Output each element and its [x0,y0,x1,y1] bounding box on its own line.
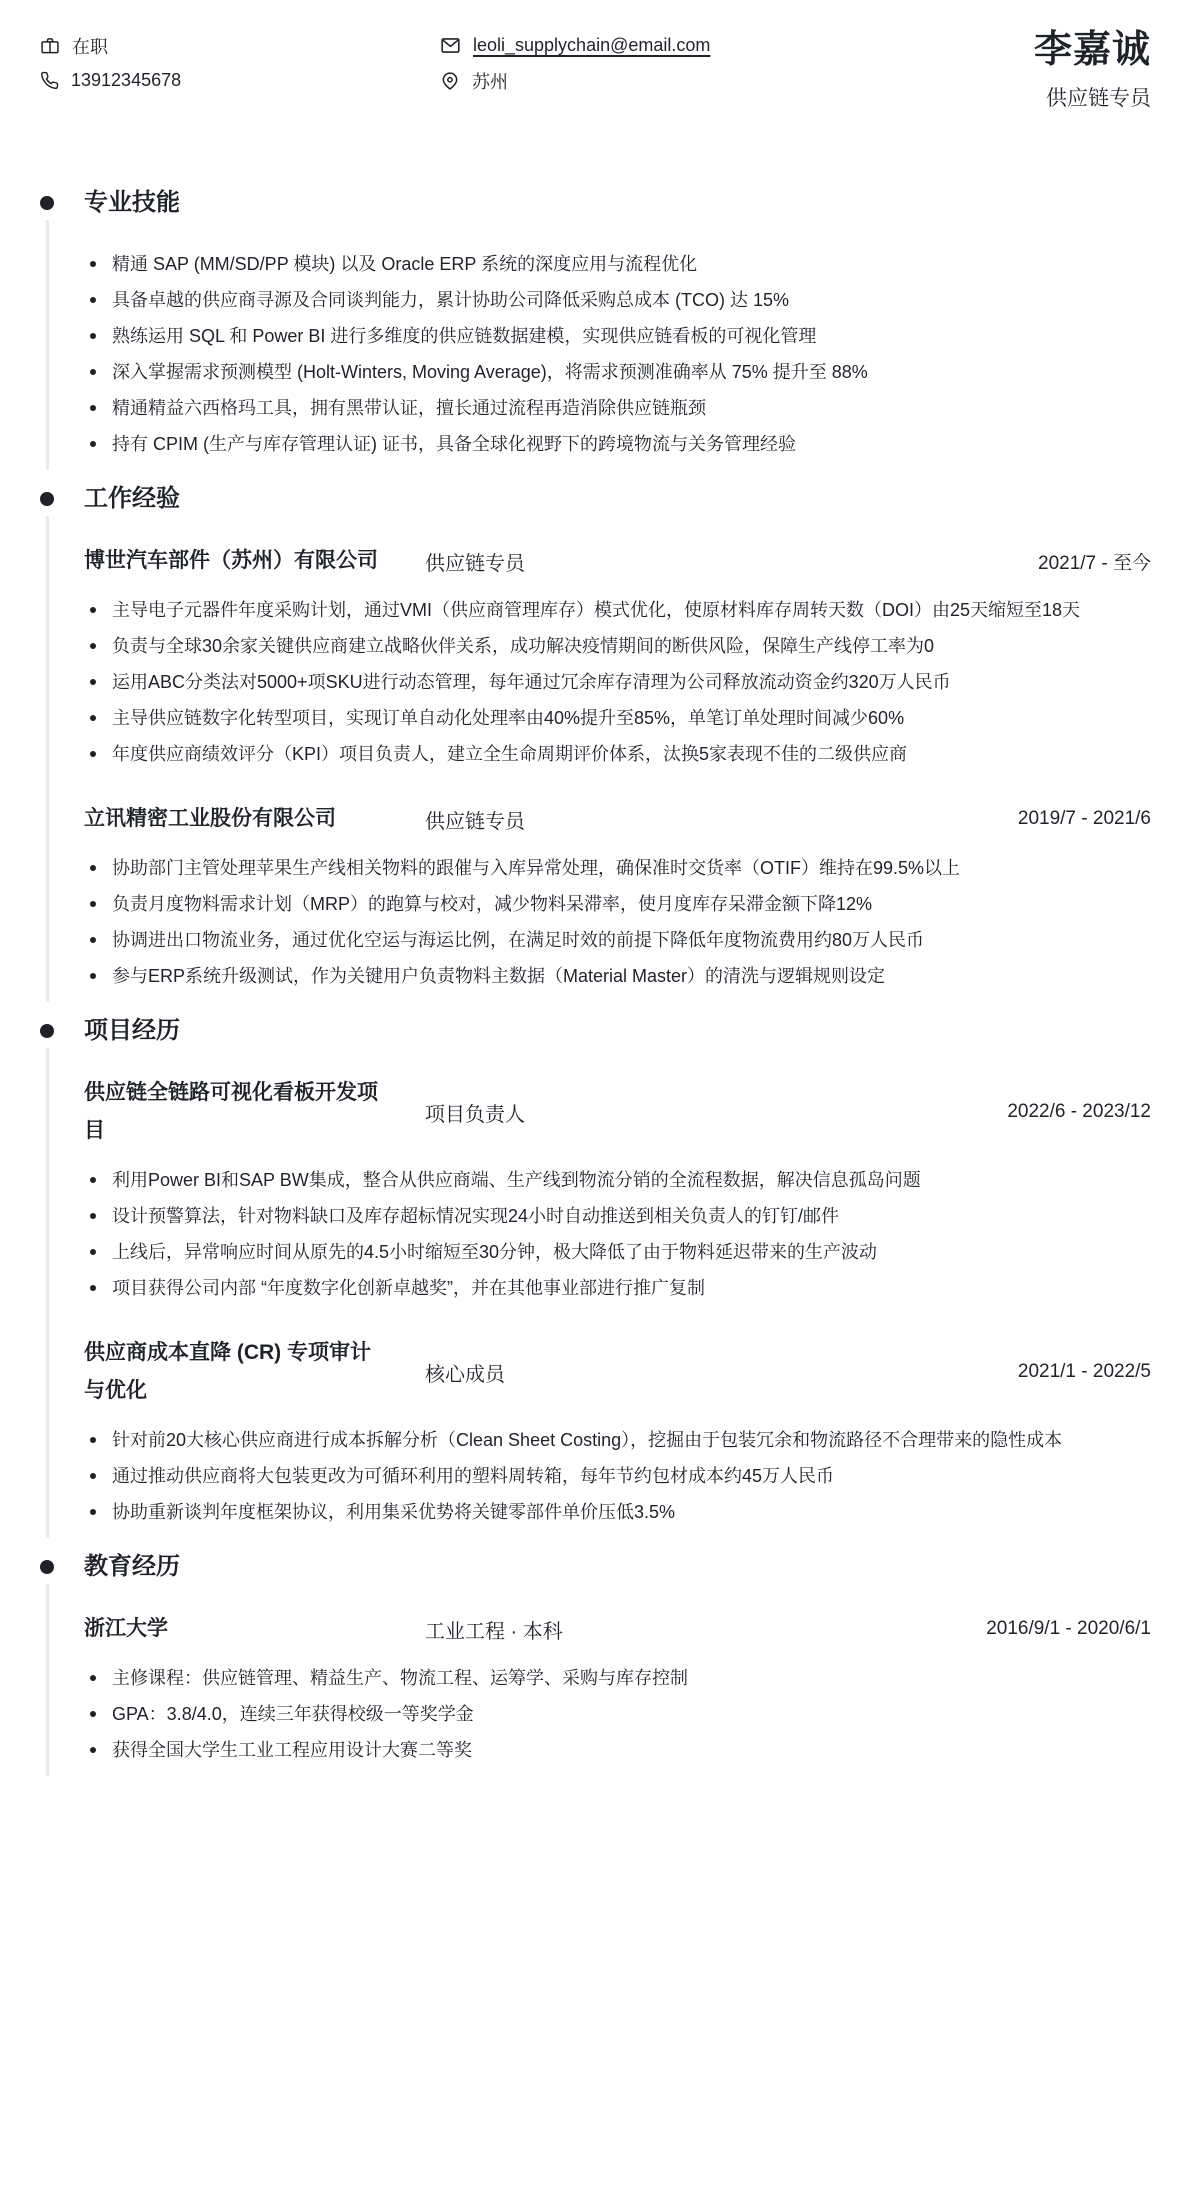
timeline-line [46,1584,49,1776]
resume-sections: 专业技能精通 SAP (MM/SD/PP 模块) 以及 Oracle ERP 系… [40,188,1151,1768]
phone-label: 13912345678 [71,70,181,91]
bullet-item: 年度供应商绩效评分（KPI）项目负责人，建立全生命周期评价体系，汰换5家表现不佳… [112,736,1151,772]
entry-header: 浙江大学工业工程 · 本科2016/9/1 - 2020/6/1 [84,1610,1151,1648]
timeline-dot [40,492,54,506]
entry: 浙江大学工业工程 · 本科2016/9/1 - 2020/6/1主修课程：供应链… [84,1610,1151,1768]
entry-org: 博世汽车部件（苏州）有限公司 [84,542,389,580]
section-projects: 项目经历供应链全链路可视化看板开发项目项目负责人2022/6 - 2023/12… [40,1016,1151,1530]
bullet-list: 主修课程：供应链管理、精益生产、物流工程、运筹学、采购与库存控制GPA：3.8/… [84,1660,1151,1768]
entry-role: 供应链专员 [425,547,525,576]
bullet-item: 主修课程：供应链管理、精益生产、物流工程、运筹学、采购与库存控制 [112,1660,1151,1696]
bullet-item: 熟练运用 SQL 和 Power BI 进行多维度的供应链数据建模，实现供应链看… [112,318,1151,354]
entry-org: 供应链全链路可视化看板开发项目 [84,1074,389,1150]
bullet-item: 负责与全球30余家关键供应商建立战略伙伴关系，成功解决疫情期间的断供风险，保障生… [112,628,1151,664]
entry-header: 立讯精密工业股份有限公司供应链专员2019/7 - 2021/6 [84,800,1151,838]
entry: 博世汽车部件（苏州）有限公司供应链专员2021/7 - 至今主导电子元器件年度采… [84,542,1151,772]
bullet-item: GPA：3.8/4.0，连续三年获得校级一等奖学金 [112,1696,1151,1732]
bullet-list: 针对前20大核心供应商进行成本拆解分析（Clean Sheet Costing）… [84,1422,1151,1530]
bullet-list: 主导电子元器件年度采购计划，通过VMI（供应商管理库存）模式优化，使原材料库存周… [84,592,1151,772]
timeline-line [46,1048,49,1538]
bullet-item: 精通 SAP (MM/SD/PP 模块) 以及 Oracle ERP 系统的深度… [112,246,1151,282]
employment-status: 在职 [40,28,440,63]
entry-date: 2021/7 - 至今 [1018,548,1151,575]
contact-column-left: 在职 13912345678 [40,28,440,98]
bullet-item: 协助部门主管处理苹果生产线相关物料的跟催与入库异常处理，确保准时交货率（OTIF… [112,850,1151,886]
bullet-item: 持有 CPIM (生产与库存管理认证) 证书，具备全球化视野下的跨境物流与关务管… [112,426,1151,462]
location-icon [440,71,460,91]
contact-column-middle: leoli_supplychain@email.com 苏州 [440,28,1034,98]
identity-block: 李嘉诚 供应链专员 [1034,28,1151,112]
entry-date: 2019/7 - 2021/6 [998,808,1151,830]
location-label: 苏州 [472,68,508,94]
bullet-item: 设计预警算法，针对物料缺口及库存超标情况实现24小时自动推送到相关负责人的钉钉/… [112,1198,1151,1234]
bullet-item: 运用ABC分类法对5000+项SKU进行动态管理，每年通过冗余库存清理为公司释放… [112,664,1151,700]
section-title: 教育经历 [84,1552,1151,1582]
bullet-item: 获得全国大学生工业工程应用设计大赛二等奖 [112,1732,1151,1768]
entry-role: 供应链专员 [425,805,525,834]
person-job-title: 供应链专员 [1034,82,1151,112]
bullet-item: 深入掌握需求预测模型 (Holt-Winters, Moving Average… [112,354,1151,390]
timeline-line [46,220,49,470]
bullet-item: 参与ERP系统升级测试，作为关键用户负责物料主数据（Material Maste… [112,958,1151,994]
bullet-list: 协助部门主管处理苹果生产线相关物料的跟催与入库异常处理，确保准时交货率（OTIF… [84,850,1151,994]
bullet-list: 利用Power BI和SAP BW集成，整合从供应商端、生产线到物流分销的全流程… [84,1162,1151,1306]
briefcase-icon [40,36,60,56]
timeline-line [46,516,49,1002]
timeline-dot [40,1024,54,1038]
status-label: 在职 [72,33,108,59]
entry-date: 2022/6 - 2023/12 [987,1101,1151,1123]
bullet-item: 具备卓越的供应商寻源及合同谈判能力，累计协助公司降低采购总成本 (TCO) 达 … [112,282,1151,318]
entry-org: 浙江大学 [84,1610,389,1648]
bullet-item: 通过推动供应商将大包装更改为可循环利用的塑料周转箱，每年节约包材成本约45万人民… [112,1458,1151,1494]
entry: 供应商成本直降 (CR) 专项审计与优化核心成员2021/1 - 2022/5针… [84,1334,1151,1530]
section-title: 项目经历 [84,1016,1151,1046]
bullet-item: 主导供应链数字化转型项目，实现订单自动化处理率由40%提升至85%，单笔订单处理… [112,700,1151,736]
bullet-list: 精通 SAP (MM/SD/PP 模块) 以及 Oracle ERP 系统的深度… [84,246,1151,462]
entry-role: 工业工程 · 本科 [425,1615,563,1644]
location: 苏州 [440,63,1034,98]
entry-org: 供应商成本直降 (CR) 专项审计与优化 [84,1334,389,1410]
section-education: 教育经历浙江大学工业工程 · 本科2016/9/1 - 2020/6/1主修课程… [40,1552,1151,1768]
entry-header: 供应链全链路可视化看板开发项目项目负责人2022/6 - 2023/12 [84,1074,1151,1150]
bullet-item: 负责月度物料需求计划（MRP）的跑算与校对，减少物料呆滞率，使月度库存呆滞金额下… [112,886,1151,922]
entry-org: 立讯精密工业股份有限公司 [84,800,389,838]
bullet-item: 协调进出口物流业务，通过优化空运与海运比例，在满足时效的前提下降低年度物流费用约… [112,922,1151,958]
entry-header: 供应商成本直降 (CR) 专项审计与优化核心成员2021/1 - 2022/5 [84,1334,1151,1410]
section-skills: 专业技能精通 SAP (MM/SD/PP 模块) 以及 Oracle ERP 系… [40,188,1151,462]
bullet-item: 精通精益六西格玛工具，拥有黑带认证，擅长通过流程再造消除供应链瓶颈 [112,390,1151,426]
entry-header: 博世汽车部件（苏州）有限公司供应链专员2021/7 - 至今 [84,542,1151,580]
email-link[interactable]: leoli_supplychain@email.com [473,35,710,56]
timeline-dot [40,196,54,210]
bullet-item: 针对前20大核心供应商进行成本拆解分析（Clean Sheet Costing）… [112,1422,1151,1458]
bullet-item: 上线后，异常响应时间从原先的4.5小时缩短至30分钟，极大降低了由于物料延迟带来… [112,1234,1151,1270]
timeline-dot [40,1560,54,1574]
section-work: 工作经验博世汽车部件（苏州）有限公司供应链专员2021/7 - 至今主导电子元器… [40,484,1151,994]
bullet-item: 协助重新谈判年度框架协议，利用集采优势将关键零部件单价压低3.5% [112,1494,1151,1530]
bullet-item: 项目获得公司内部 “年度数字化创新卓越奖”，并在其他事业部进行推广复制 [112,1270,1151,1306]
section-title: 专业技能 [84,188,1151,218]
entry: 供应链全链路可视化看板开发项目项目负责人2022/6 - 2023/12利用Po… [84,1074,1151,1306]
resume-header: 在职 13912345678 leoli_supplychain@email.c… [40,28,1151,112]
person-name: 李嘉诚 [1034,28,1151,72]
mail-icon [440,35,461,56]
bullet-item: 利用Power BI和SAP BW集成，整合从供应商端、生产线到物流分销的全流程… [112,1162,1151,1198]
resume-page: 在职 13912345678 leoli_supplychain@email.c… [0,0,1191,1850]
email: leoli_supplychain@email.com [440,28,1034,63]
entry-role: 核心成员 [425,1358,505,1387]
entry: 精通 SAP (MM/SD/PP 模块) 以及 Oracle ERP 系统的深度… [84,246,1151,462]
phone: 13912345678 [40,63,440,98]
entry-date: 2021/1 - 2022/5 [998,1361,1151,1383]
entry: 立讯精密工业股份有限公司供应链专员2019/7 - 2021/6协助部门主管处理… [84,800,1151,994]
bullet-item: 主导电子元器件年度采购计划，通过VMI（供应商管理库存）模式优化，使原材料库存周… [112,592,1151,628]
entry-role: 项目负责人 [425,1098,525,1127]
entry-date: 2016/9/1 - 2020/6/1 [966,1618,1151,1640]
phone-icon [40,71,59,90]
section-title: 工作经验 [84,484,1151,514]
